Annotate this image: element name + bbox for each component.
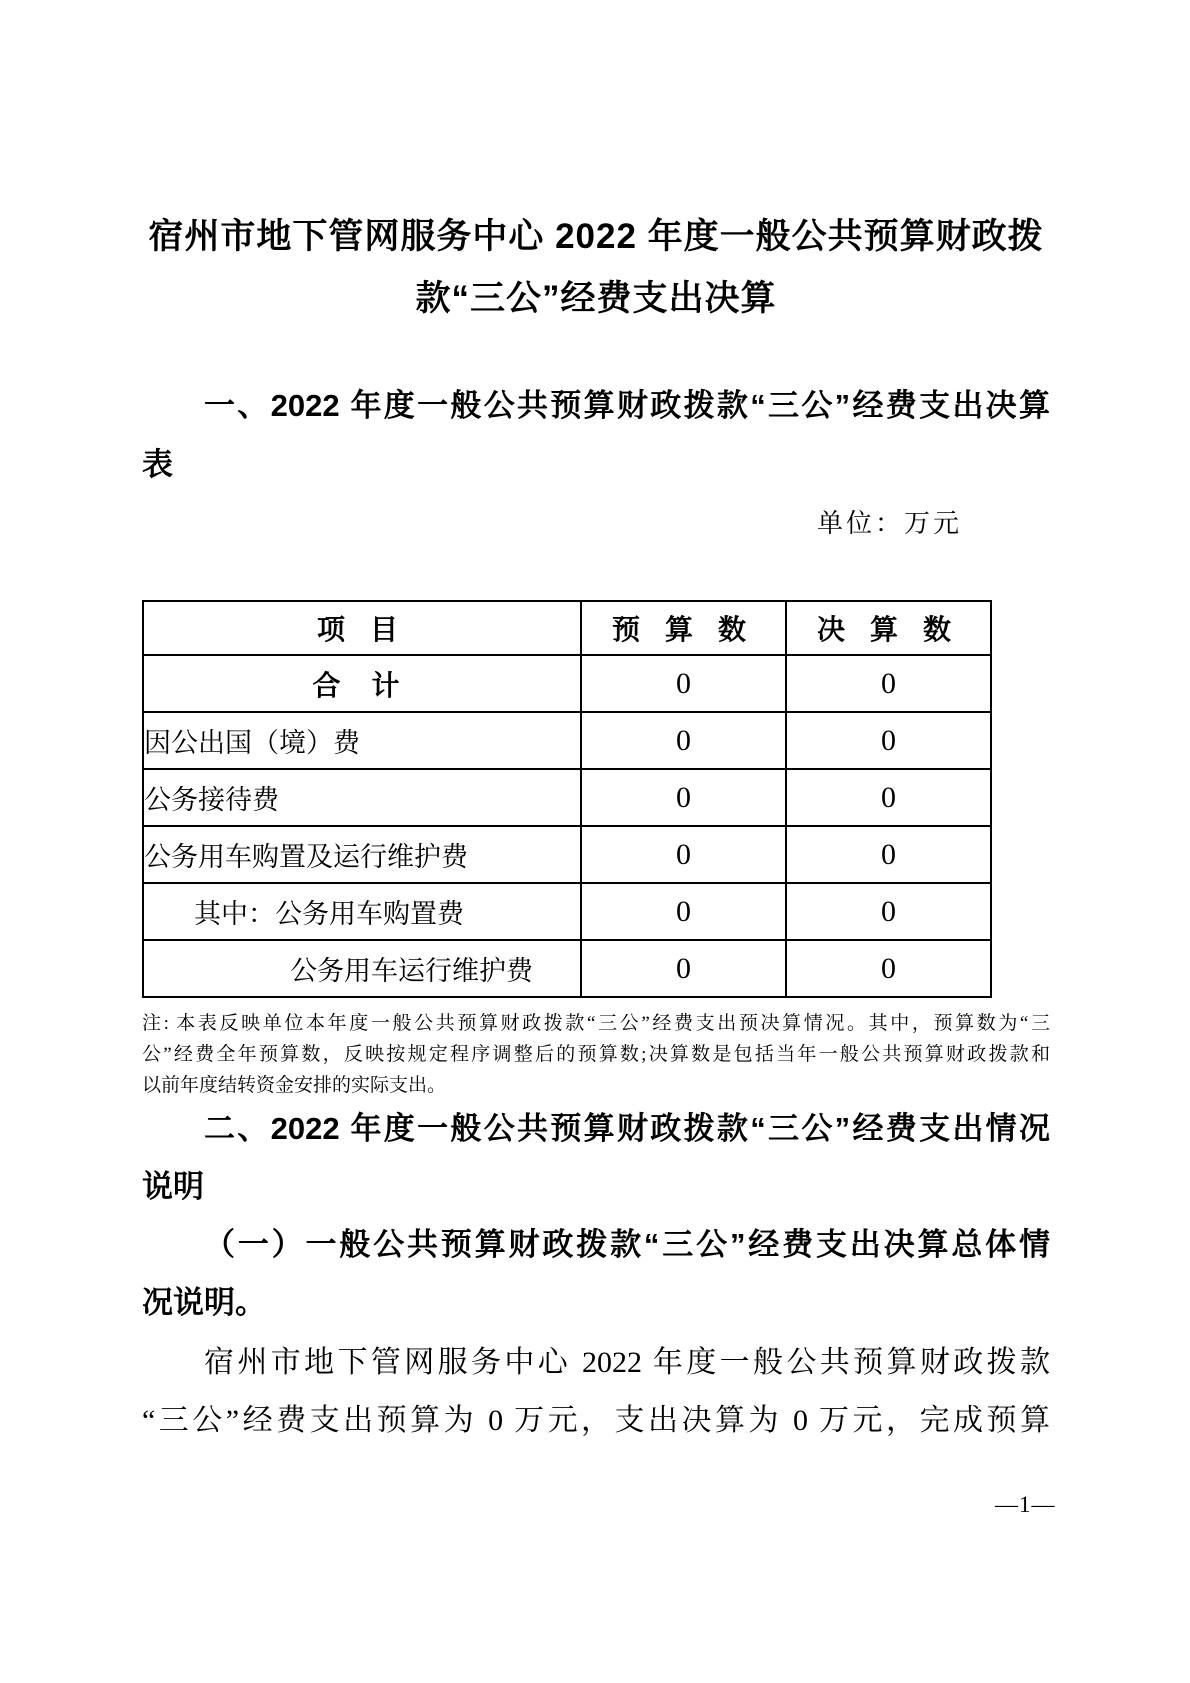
item-cell: 公务接待费 — [143, 769, 581, 826]
section2-heading-line-2: 说明 — [142, 1158, 1050, 1216]
budget-cell: 0 — [581, 712, 786, 769]
section1-heading-line-1: 一、2022 年度一般公共预算财政拨款“三公”经费支出决算 — [142, 376, 1050, 435]
final-cell: 0 — [786, 655, 991, 712]
expenditure-table: 项 目 预 算 数 决 算 数 合 计 0 0 因公出国（境）费 0 0 公务接… — [142, 600, 992, 998]
section2-paragraph-line-1: 宿州市地下管网服务中心 2022 年度一般公共预算财政拨款 — [142, 1334, 1050, 1392]
section1-heading-line-2: 表 — [142, 435, 1050, 494]
final-cell: 0 — [786, 769, 991, 826]
final-cell: 0 — [786, 826, 991, 883]
table-row-abroad-fee: 因公出国（境）费 0 0 — [143, 712, 991, 769]
item-cell: 公务用车购置及运行维护费 — [143, 826, 581, 883]
section2-paragraph: 宿州市地下管网服务中心 2022 年度一般公共预算财政拨款 “三公”经费支出预算… — [142, 1334, 1050, 1450]
budget-cell: 0 — [581, 826, 786, 883]
document-title-line-1: 宿州市地下管网服务中心 2022 年度一般公共预算财政拨 — [142, 206, 1050, 268]
section2-subheading-line-2: 况说明。 — [142, 1274, 1050, 1332]
final-cell: 0 — [786, 940, 991, 997]
item-cell: 合 计 — [143, 655, 581, 712]
table-row-reception-fee: 公务接待费 0 0 — [143, 769, 991, 826]
document-title: 宿州市地下管网服务中心 2022 年度一般公共预算财政拨 款“三公”经费支出决算 — [142, 206, 1050, 330]
item-cell: 其中：公务用车购置费 — [143, 883, 581, 940]
column-header-final: 决 算 数 — [786, 601, 991, 655]
budget-cell: 0 — [581, 769, 786, 826]
table-row-vehicle-maintenance: 公务用车运行维护费 0 0 — [143, 940, 991, 997]
document-page: 宿州市地下管网服务中心 2022 年度一般公共预算财政拨 款“三公”经费支出决算… — [0, 0, 1190, 1683]
table-header-row: 项 目 预 算 数 决 算 数 — [143, 601, 991, 655]
table-note: 注: 本表反映单位本年度一般公共预算财政拨款“三公”经费支出预决算情况。其中，预… — [142, 1008, 1050, 1101]
budget-cell: 0 — [581, 655, 786, 712]
page-number: —1— — [995, 1492, 1056, 1518]
section2-heading-line-1: 二、2022 年度一般公共预算财政拨款“三公”经费支出情况 — [142, 1100, 1050, 1158]
section2-subheading: （一）一般公共预算财政拨款“三公”经费支出决算总体情 况说明。 — [142, 1216, 1050, 1332]
document-title-line-2: 款“三公”经费支出决算 — [142, 268, 1050, 330]
table-row-vehicle-fee: 公务用车购置及运行维护费 0 0 — [143, 826, 991, 883]
table-note-line-3: 以前年度结转资金安排的实际支出。 — [142, 1070, 1050, 1101]
budget-cell: 0 — [581, 940, 786, 997]
table-note-line-2: 公”经费全年预算数，反映按规定程序调整后的预算数;决算数是包括当年一般公共预算财… — [142, 1039, 1050, 1070]
budget-cell: 0 — [581, 883, 786, 940]
item-cell: 因公出国（境）费 — [143, 712, 581, 769]
item-cell: 公务用车运行维护费 — [143, 940, 581, 997]
final-cell: 0 — [786, 883, 991, 940]
table-note-line-1: 注: 本表反映单位本年度一般公共预算财政拨款“三公”经费支出预决算情况。其中，预… — [142, 1008, 1050, 1039]
section2-heading: 二、2022 年度一般公共预算财政拨款“三公”经费支出情况 说明 — [142, 1100, 1050, 1216]
table-row-vehicle-purchase: 其中：公务用车购置费 0 0 — [143, 883, 991, 940]
final-cell: 0 — [786, 712, 991, 769]
table-row-total: 合 计 0 0 — [143, 655, 991, 712]
column-header-item: 项 目 — [143, 601, 581, 655]
column-header-budget: 预 算 数 — [581, 601, 786, 655]
section1-heading: 一、2022 年度一般公共预算财政拨款“三公”经费支出决算 表 — [142, 376, 1050, 494]
section2-paragraph-line-2: “三公”经费支出预算为 0 万元，支出决算为 0 万元，完成预算 — [142, 1392, 1050, 1450]
section2-subheading-line-1: （一）一般公共预算财政拨款“三公”经费支出决算总体情 — [142, 1216, 1050, 1274]
unit-label: 单位：万元 — [142, 494, 990, 554]
